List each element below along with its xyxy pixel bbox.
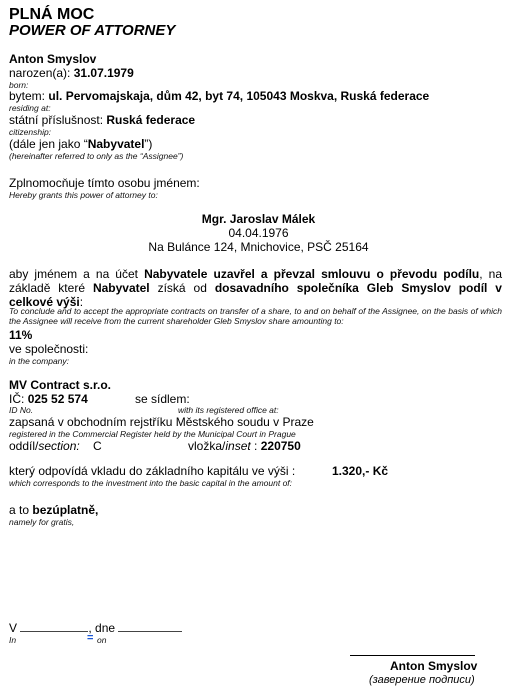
document-subtitle: POWER OF ATTORNEY [9, 22, 175, 39]
place-en: In [9, 635, 16, 645]
assignee-citizenship-en: citizenship: [9, 127, 51, 137]
assignee-residence-en: residing at: [9, 103, 51, 113]
purpose-text: aby jménem a na účet Nabyvatele uzavřel … [9, 267, 502, 309]
company-section: oddíl/section: [9, 439, 80, 453]
gratis-text: a to bezúplatně, [9, 503, 98, 517]
grant-text: Zplnomocňuje tímto osobu jménem: [9, 176, 200, 190]
attorney-address: Na Bulánce 124, Mnichovice, PSČ 25164 [0, 240, 517, 254]
company-name: MV Contract s.r.o. [9, 378, 111, 392]
company-seat-en: with its registered office at: [178, 405, 279, 415]
signature-name: Anton Smyslov [390, 659, 477, 673]
assignee-alias-en: (hereinafter referred to only as the “As… [9, 151, 183, 161]
equals-mark: = [87, 632, 93, 644]
grant-text-en: Hereby grants this power of attorney to: [9, 190, 158, 200]
place-date-line: V , dne [9, 621, 182, 635]
capital-text: který odpovídá vkladu do základního kapi… [9, 464, 295, 478]
company-id: IČ: 025 52 574 [9, 392, 88, 406]
date-field[interactable] [118, 631, 182, 632]
attorney-name: Mgr. Jaroslav Málek [0, 212, 517, 226]
company-seat-label: se sídlem: [135, 392, 190, 406]
purpose-text-en: To conclude and to accept the appropriat… [9, 306, 502, 326]
place-label: V [9, 621, 17, 635]
share-company-en: in the company: [9, 356, 69, 366]
assignee-born: narozen(a): 31.07.1979 [9, 66, 134, 80]
company-insert: vložka/inset : 220750 [188, 439, 301, 453]
share-value: 11% [9, 328, 32, 342]
company-register-en: registered in the Commercial Register he… [9, 429, 296, 439]
company-section-value: C [93, 439, 102, 453]
company-register: zapsaná v obchodním rejstříku Městského … [9, 415, 314, 429]
assignee-name: Anton Smyslov [9, 52, 96, 66]
signature-note: (заверение подписи) [369, 674, 475, 686]
assignee-residence: bytem: ul. Pervomajskaja, dům 42, byt 74… [9, 89, 429, 103]
share-company-label: ve společnosti: [9, 342, 88, 356]
date-en: on [97, 635, 106, 645]
assignee-citizenship: státní příslušnost: Ruská federace [9, 113, 195, 127]
capital-text-en: which corresponds to the investment into… [9, 478, 292, 488]
place-field[interactable] [20, 631, 88, 632]
company-id-en: ID No. [9, 405, 33, 415]
signature-line [350, 655, 475, 656]
attorney-dob: 04.04.1976 [0, 226, 517, 240]
assignee-alias: (dále jen jako “Nabyvatel”) [9, 137, 152, 151]
gratis-text-en: namely for gratis, [9, 517, 74, 527]
capital-value: 1.320,- Kč [332, 464, 388, 478]
